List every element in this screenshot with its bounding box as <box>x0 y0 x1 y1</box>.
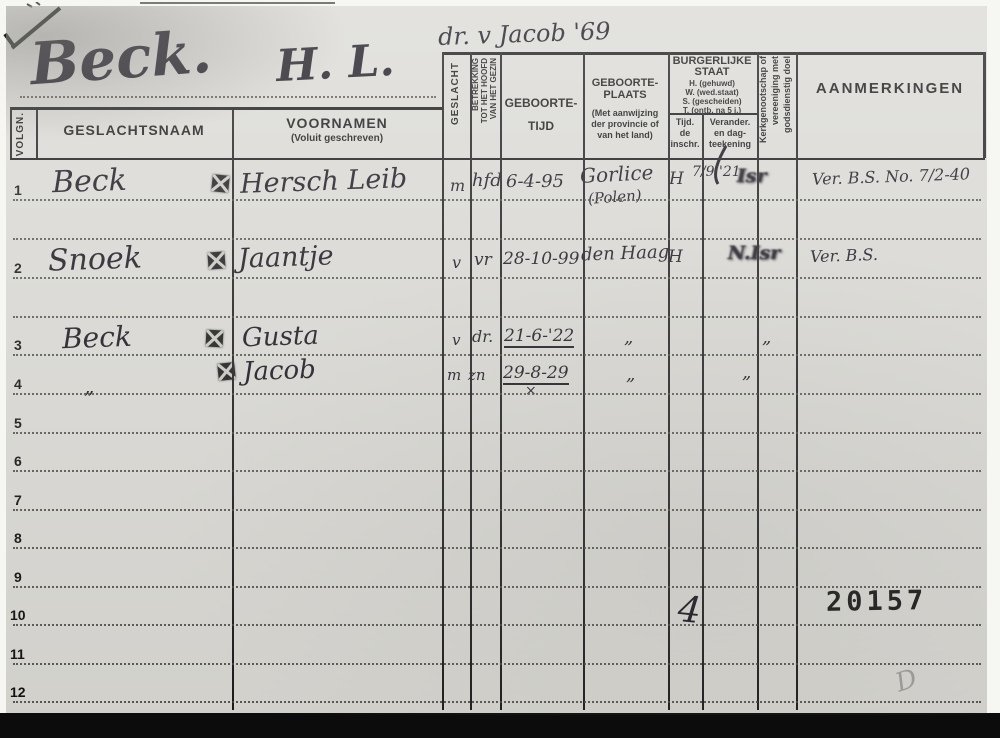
row1-birthdate: 6-4-95 <box>506 171 564 192</box>
col-header-geboortetijd-1: GEBOORTE- <box>505 96 578 110</box>
col-header-burgstaat-code-h: H. (gehuwd) <box>689 79 735 88</box>
row-dotted-rule <box>13 509 981 511</box>
row3-relation: dr. <box>472 327 493 346</box>
col-header-geslachtsnaam: GESLACHTSNAAM <box>63 122 204 138</box>
row-dotted-rule <box>13 277 981 279</box>
row1-birthplace: Gorlice <box>579 160 654 188</box>
row2-remarks: Ver. B.S. <box>810 245 879 266</box>
name-band-top-border <box>10 107 444 110</box>
row-dotted-rule <box>13 199 981 201</box>
row2-relation: vr <box>474 250 492 270</box>
crossed-square-stamp-icon <box>206 330 224 348</box>
row3-sex: v <box>452 331 460 349</box>
row-number: 8 <box>14 530 22 546</box>
column-rule <box>796 52 798 710</box>
row2-religion: N.Isr <box>728 242 780 264</box>
row-dotted-rule <box>13 470 981 472</box>
col-header-aanmerkingen: AANMERKINGEN <box>816 80 964 97</box>
row2-surname: Snoek <box>47 240 142 278</box>
row-number: 12 <box>10 684 26 700</box>
row1-surname: Beck <box>51 163 127 201</box>
col-header-verandering-2: en dag- <box>714 128 746 138</box>
row-dotted-rule <box>13 547 981 549</box>
card-left-border <box>10 107 12 158</box>
card-right-border <box>983 52 986 158</box>
row-number: 11 <box>10 646 25 662</box>
column-rule <box>702 113 704 710</box>
row3-birthdate: 21-6-'22 <box>504 326 574 348</box>
column-rule <box>470 52 472 710</box>
col-header-geboorteplaats-sub-2: der provincie of <box>591 119 659 129</box>
col-header-burgstaat-2: STAAT <box>694 66 729 78</box>
col-header-tijd-inschr-3: inschr. <box>670 139 699 149</box>
row4-birthplace-ditto: „ <box>626 364 635 385</box>
row1-firstnames: Hersch Leib <box>240 163 408 200</box>
col-header-volgn: VOLGN. <box>15 112 26 156</box>
row4-birthdate-correction-mark: × <box>525 383 537 399</box>
card-number-stamp: 20157 <box>826 585 928 618</box>
row-number: 1 <box>14 182 22 198</box>
row4-firstnames: Jacob <box>242 355 316 388</box>
row1-sex: m <box>450 176 465 195</box>
row-number: 7 <box>14 492 22 508</box>
family-registration-card-scan: Beck. H. L. dr. v Jacob '69 VOLGN. GESLA… <box>0 0 1000 738</box>
row-number: 2 <box>14 260 22 276</box>
col-header-geboortetijd-2: TIJD <box>528 119 554 133</box>
col-header-kerk-1: Kerkgenootschap of <box>758 56 768 143</box>
col-header-kerk-2: vereeniging met <box>770 56 780 125</box>
row2-birthdate: 28-10-99 <box>503 249 579 269</box>
row2-sex: v <box>452 253 461 272</box>
header-bottom-border <box>10 158 985 160</box>
col-header-geboorteplaats-sub-3: van het land) <box>597 130 653 140</box>
col-header-geboorteplaats-sub-1: (Met aanwijzing <box>592 108 659 118</box>
col-header-betrekking-2: TOT HET HOOFD <box>480 58 489 123</box>
row1-civil-status: H <box>669 169 684 189</box>
col-header-betrekking-3: VAN HET GEZIN <box>489 58 498 119</box>
row3-religion-ditto: „ <box>762 327 771 348</box>
col-header-tijd-inschr-1: Tijd. <box>676 117 694 127</box>
column-rule <box>757 52 759 710</box>
row4-sex: m <box>447 366 461 384</box>
row2-firstnames: Jaantje <box>237 240 334 274</box>
ink-scribble <box>700 140 760 200</box>
row3-firstnames: Gusta <box>241 321 319 354</box>
row-dotted-rule <box>13 663 981 665</box>
row1-relation: hfd <box>472 170 502 191</box>
row-number: 10 <box>10 607 26 623</box>
row-dotted-rule <box>13 354 981 356</box>
col-header-geboorteplaats-1: GEBOORTE- <box>592 77 659 89</box>
col-header-burgstaat-code-s: S. (gescheiden) <box>682 97 741 106</box>
col-header-voornamen: VOORNAMEN <box>286 115 388 131</box>
script-surname: Beck. <box>28 18 214 99</box>
headline-dotted-rule <box>20 96 436 98</box>
crossed-square-stamp-icon <box>207 251 225 269</box>
row-number: 5 <box>14 415 22 431</box>
col-header-burgstaat-code-t: T. (ontb. na 5 j.) <box>683 106 741 115</box>
row3-birthplace-ditto: „ <box>624 327 633 348</box>
script-initials: H. L. <box>275 35 396 92</box>
column-rule <box>36 110 38 158</box>
row-dotted-rule <box>13 586 981 588</box>
scan-bottom-edge <box>0 713 1000 738</box>
row3-surname: Beck <box>61 320 132 355</box>
column-rule <box>668 52 670 710</box>
row-number: 3 <box>14 337 22 353</box>
row-dotted-rule <box>13 432 981 434</box>
row-dotted-rule <box>13 393 981 395</box>
column-rule <box>583 52 585 710</box>
row2-civil-status: H <box>668 247 683 267</box>
column-rule <box>442 52 444 710</box>
row2-birthplace: den Haag <box>581 241 670 265</box>
row-dotted-rule <box>13 624 981 626</box>
row-dotted-rule <box>13 316 981 318</box>
row4-religion-ditto: „ <box>742 362 751 383</box>
row-number: 6 <box>14 453 22 469</box>
row-number: 4 <box>14 376 22 392</box>
row-number: 9 <box>14 569 22 585</box>
col-header-verandering-1: Verander. <box>710 117 751 127</box>
col-header-geboorteplaats-2: PLAATS <box>603 89 646 101</box>
col-header-tijd-inschr-2: de <box>680 128 691 138</box>
column-rule <box>500 52 502 710</box>
row1-birthplace-country: (Polen) <box>587 186 642 208</box>
crossed-square-stamp-icon <box>211 174 230 193</box>
row4-birthdate: 29-8-29 <box>503 363 569 385</box>
col-header-geslacht: GESLACHT <box>450 62 461 125</box>
col-header-voornamen-sub: (Voluit geschreven) <box>291 133 383 144</box>
col-header-kerk-3: godsdienstig doel <box>782 56 792 133</box>
col-header-burgstaat-code-w: W. (wed.staat) <box>685 88 738 97</box>
scan-artifact-line <box>140 2 335 4</box>
row-dotted-rule <box>13 238 981 240</box>
col-header-betrekking-1: BETREKKING <box>471 58 480 111</box>
row-dotted-rule <box>13 701 981 703</box>
